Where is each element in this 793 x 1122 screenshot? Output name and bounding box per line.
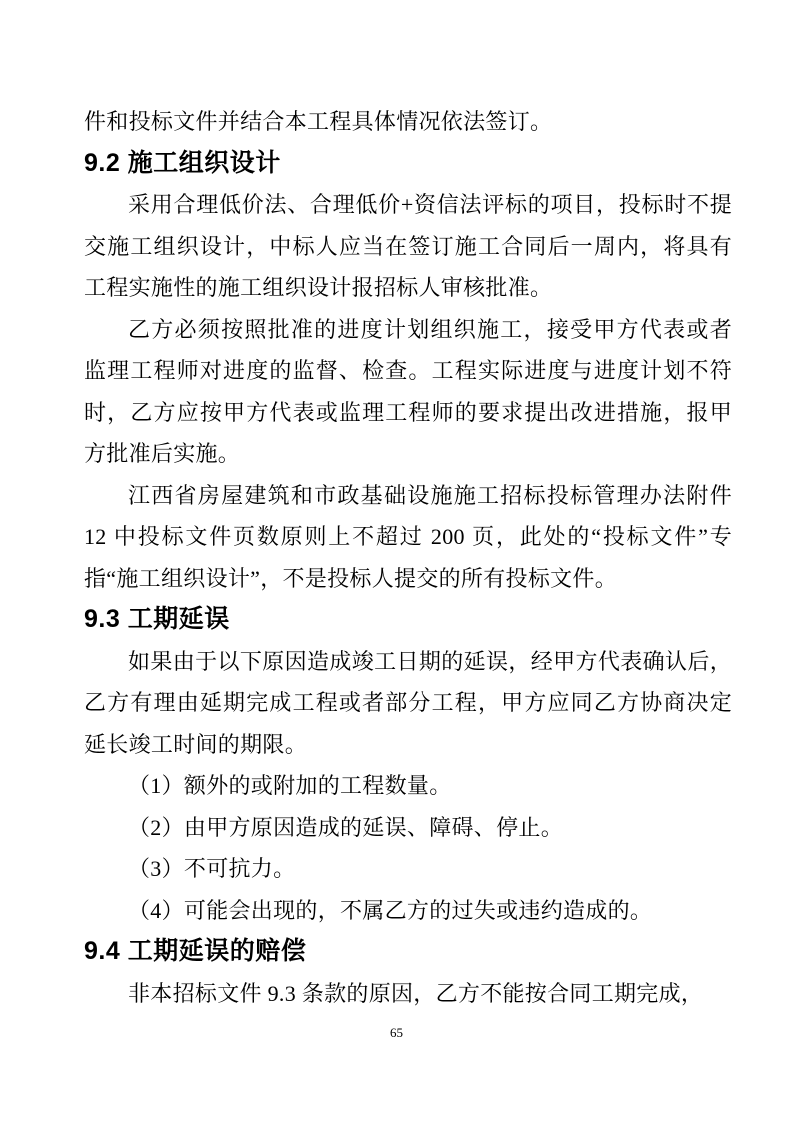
page-content: 件和投标文件并结合本工程具体情况依法签订。 9.2 施工组织设计 采用合理低价法… bbox=[84, 101, 732, 1014]
list-item: （2）由甲方原因造成的延误、障碍、停止。 bbox=[84, 807, 732, 849]
section-heading-9-4: 9.4 工期延误的赔偿 bbox=[84, 931, 732, 973]
body-line: 采用合理低价法、合理低价+资信法评标的项目，投标时不提 bbox=[84, 184, 732, 226]
body-line-continuation: 件和投标文件并结合本工程具体情况依法签订。 bbox=[84, 101, 732, 143]
body-line: 12 中投标文件页数原则上不超过 200 页，此处的“投标文件”专 bbox=[84, 516, 732, 558]
page-number: 65 bbox=[0, 1024, 793, 1042]
body-line: 指“施工组织设计”，不是投标人提交的所有投标文件。 bbox=[84, 558, 732, 600]
list-item: （3）不可抗力。 bbox=[84, 848, 732, 890]
list-item: （1）额外的或附加的工程数量。 bbox=[84, 765, 732, 807]
section-heading-9-2: 9.2 施工组织设计 bbox=[84, 143, 732, 185]
body-line: 时，乙方应按甲方代表或监理工程师的要求提出改进措施，报甲 bbox=[84, 392, 732, 434]
body-line: 如果由于以下原因造成竣工日期的延误，经甲方代表确认后， bbox=[84, 641, 732, 683]
body-line: 延长竣工时间的期限。 bbox=[84, 724, 732, 766]
body-line: 监理工程师对进度的监督、检查。工程实际进度与进度计划不符 bbox=[84, 350, 732, 392]
body-line: 乙方必须按照批准的进度计划组织施工，接受甲方代表或者 bbox=[84, 309, 732, 351]
section-heading-9-3: 9.3 工期延误 bbox=[84, 599, 732, 641]
body-line: 江西省房屋建筑和市政基础设施施工招标投标管理办法附件 bbox=[84, 475, 732, 517]
body-line: 非本招标文件 9.3 条款的原因，乙方不能按合同工期完成， bbox=[84, 973, 732, 1015]
document-page: 件和投标文件并结合本工程具体情况依法签订。 9.2 施工组织设计 采用合理低价法… bbox=[0, 0, 793, 1122]
body-line: 工程实施性的施工组织设计报招标人审核批准。 bbox=[84, 267, 732, 309]
body-line: 乙方有理由延期完成工程或者部分工程，甲方应同乙方协商决定 bbox=[84, 682, 732, 724]
body-line: 方批准后实施。 bbox=[84, 433, 732, 475]
list-item: （4）可能会出现的，不属乙方的过失或违约造成的。 bbox=[84, 890, 732, 932]
body-line: 交施工组织设计，中标人应当在签订施工合同后一周内，将具有 bbox=[84, 226, 732, 268]
